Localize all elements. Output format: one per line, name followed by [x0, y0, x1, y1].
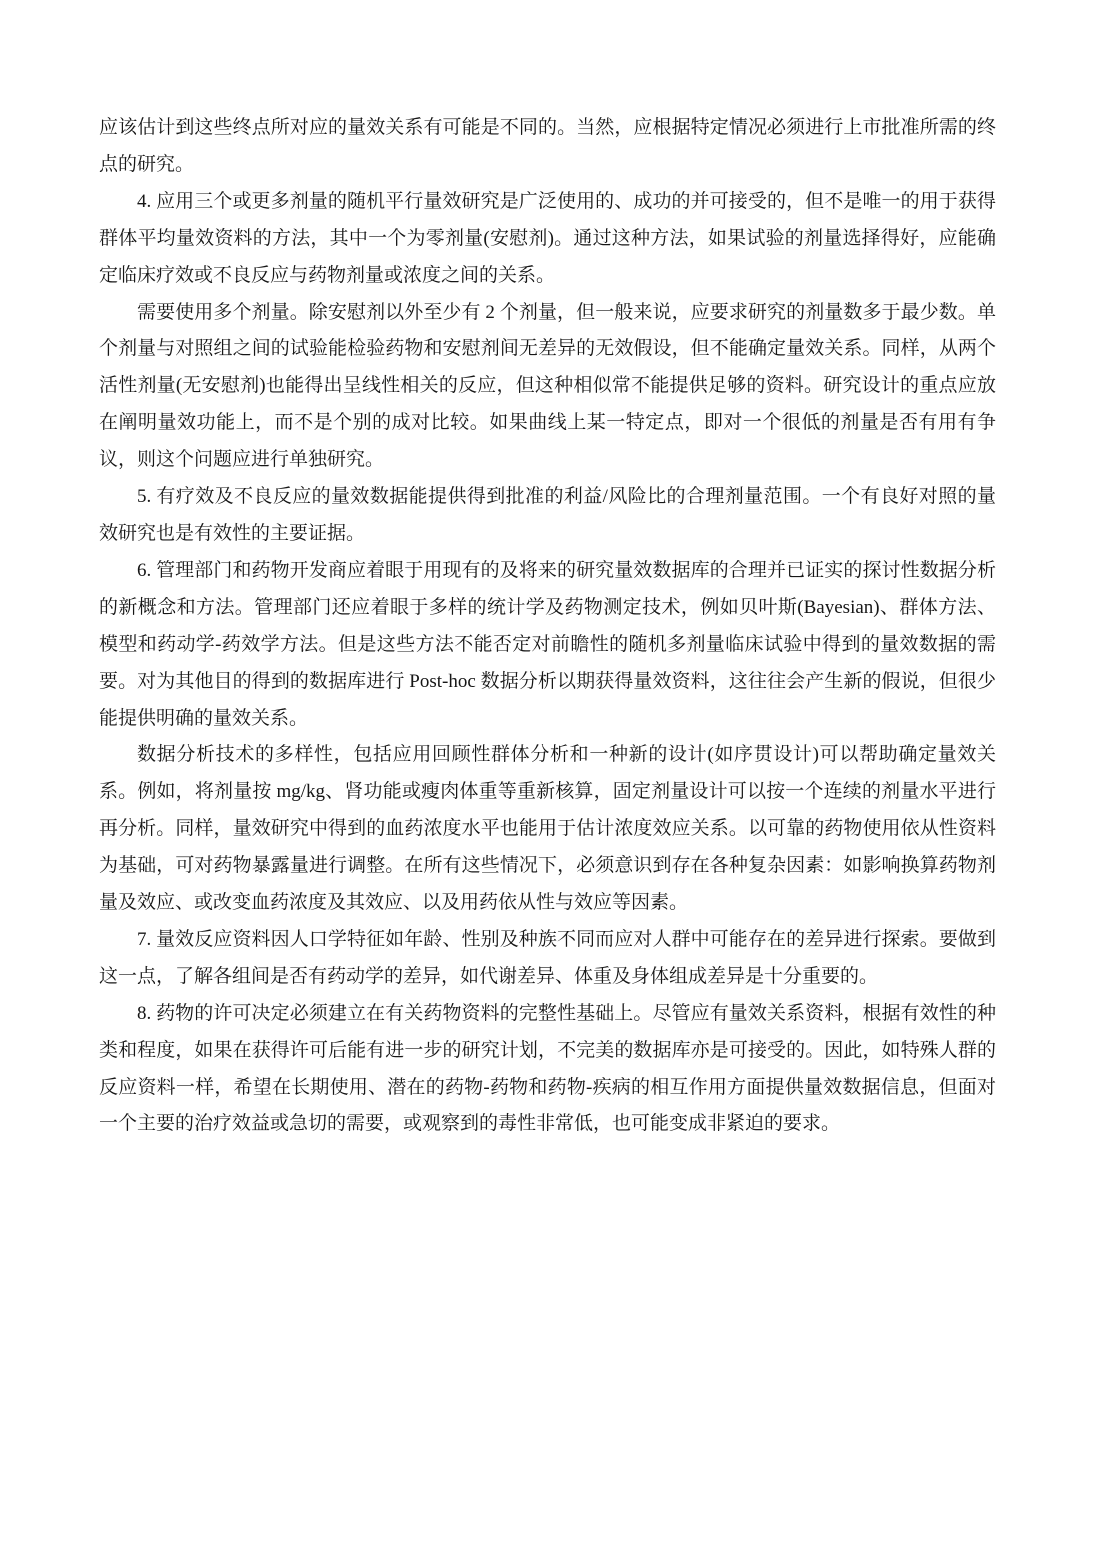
- paragraph-item-7: 7. 量效反应资料因人口学特征如年龄、性别及种族不同而应对人群中可能存在的差异进…: [99, 922, 996, 996]
- paragraph-continuation: 应该估计到这些终点所对应的量效关系有可能是不同的。当然，应根据特定情况必须进行上…: [99, 110, 996, 184]
- document-page: 应该估计到这些终点所对应的量效关系有可能是不同的。当然，应根据特定情况必须进行上…: [0, 0, 1100, 1556]
- paragraph-item-8: 8. 药物的许可决定必须建立在有关药物资料的完整性基础上。尽管应有量效关系资料，…: [99, 996, 996, 1144]
- text-block: 应该估计到这些终点所对应的量效关系有可能是不同的。当然，应根据特定情况必须进行上…: [99, 110, 996, 1143]
- paragraph-item-6: 6. 管理部门和药物开发商应着眼于用现有的及将来的研究量效数据库的合理并已证实的…: [99, 553, 996, 738]
- paragraph-multiple-doses: 需要使用多个剂量。除安慰剂以外至少有 2 个剂量，但一般来说，应要求研究的剂量数…: [99, 295, 996, 480]
- paragraph-data-analysis: 数据分析技术的多样性，包括应用回顾性群体分析和一种新的设计(如序贯设计)可以帮助…: [99, 737, 996, 922]
- paragraph-item-5: 5. 有疗效及不良反应的量效数据能提供得到批准的利益/风险比的合理剂量范围。一个…: [99, 479, 996, 553]
- paragraph-item-4: 4. 应用三个或更多剂量的随机平行量效研究是广泛使用的、成功的并可接受的，但不是…: [99, 184, 996, 295]
